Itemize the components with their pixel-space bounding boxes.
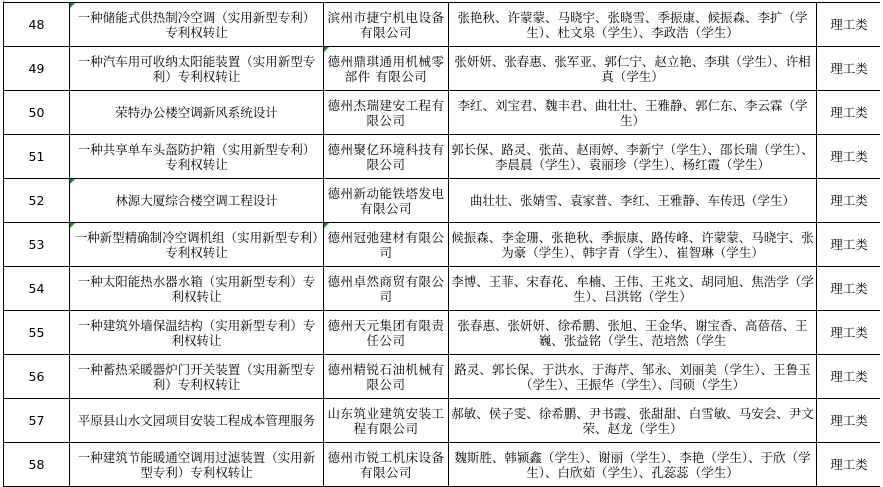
table-body: 48 一种储能式供热制冷空调（实用新型专利）专利权转让 滨州市捷宁机电设备有限公… [4,3,882,487]
table-row: 55 一种建筑外墙保温结构（实用新型专利）专利权转让 德州天元集团有限责任公司 … [4,311,882,355]
table-row: 52 林源大厦综合楼空调工程设计 德州新动能铁塔发电有限公司 曲壮壮、张婧雪、袁… [4,179,882,223]
cell-company[interactable]: 德州市锐工机床设备有限公司 [324,443,449,487]
cell-project-title[interactable]: 林源大厦综合楼空调工程设计 [70,179,324,223]
comment-indicator-icon[interactable] [324,47,329,52]
table-row: 58 一种建筑节能暖通空调用过滤装置（实用新型专利）专利权转让 德州市锐工机床设… [4,443,882,487]
cell-number[interactable]: 51 [4,135,70,179]
cell-category[interactable]: 理工类 [817,267,882,311]
cell-members[interactable]: 李博、王菲、宋春花、牟楠、王伟、王兆文、胡同旭、焦浩学（学生）、吕洪铭（学生） [449,267,817,311]
cell-number[interactable]: 49 [4,47,70,91]
cell-number[interactable]: 48 [4,3,70,47]
project-title-text: 一种新型精确制冷空调机组（实用新型专利）专利权转让 [75,230,319,260]
cell-category[interactable]: 理工类 [817,223,882,267]
comment-indicator-icon[interactable] [70,179,75,184]
cell-project-title[interactable]: 一种新型精确制冷空调机组（实用新型专利）专利权转让 [70,223,324,267]
table-row: 53 一种新型精确制冷空调机组（实用新型专利）专利权转让 德州冠弛建材有限公司 … [4,223,882,267]
cell-members[interactable]: 张妍妍、张春惠、张军亚、郭仁宁、赵立艳、李琪（学生）、许相真（学生） [449,47,817,91]
cell-project-title[interactable]: 一种汽车用可收纳太阳能装置（实用新型专利）专利权转让 [70,47,324,91]
spreadsheet-table: 48 一种储能式供热制冷空调（实用新型专利）专利权转让 滨州市捷宁机电设备有限公… [3,2,882,487]
cell-members[interactable]: 张艳秋、许蒙蒙、马晓宇、张晓雪、季振康、候振森、李扩（学生）、杜文泉（学生）、李… [449,3,817,47]
table-row: 56 一种蓄热采暖器炉门开关装置（实用新型专利）专利权转让 德州精锐石油机械有限… [4,355,882,399]
cell-category[interactable]: 理工类 [817,47,882,91]
project-title-text: 林源大厦综合楼空调工程设计 [115,193,278,208]
cell-project-title[interactable]: 荣特办公楼空调新风系统设计 [70,91,324,135]
cell-project-title[interactable]: 一种太阳能热水器水箱（实用新型专利）专利权转让 [70,267,324,311]
cell-company[interactable]: 德州新动能铁塔发电有限公司 [324,179,449,223]
cell-number[interactable]: 55 [4,311,70,355]
cell-category[interactable]: 理工类 [817,179,882,223]
cell-category[interactable]: 理工类 [817,355,882,399]
cell-project-title[interactable]: 一种建筑外墙保温结构（实用新型专利）专利权转让 [70,311,324,355]
cell-project-title[interactable]: 一种建筑节能暖通空调用过滤装置（实用新型专利）专利权转让 [70,443,324,487]
cell-company[interactable]: 德州杰瑞建安工程有限公司 [324,91,449,135]
cell-members[interactable]: 候振森、李金珊、张艳秋、季振康、路传峰、许蒙蒙、马晓宇、张为豪（学生）、韩宇青（… [449,223,817,267]
cell-members[interactable]: 李红、刘宝君、魏丰君、曲壮壮、王雅静、郭仁东、李云霖（学生） [449,91,817,135]
cell-company[interactable]: 德州聚亿环境科技有限公司 [324,135,449,179]
cell-category[interactable]: 理工类 [817,135,882,179]
cell-number[interactable]: 52 [4,179,70,223]
cell-project-title[interactable]: 平原县山水文园项目安装工程成本管理服务 [70,399,324,443]
company-text: 德州鼎琪通用机械零部件 有限公司 [327,54,444,84]
cell-project-title[interactable]: 一种蓄热采暖器炉门开关装置（实用新型专利）专利权转让 [70,355,324,399]
table-row: 57 平原县山水文园项目安装工程成本管理服务 山东筑业建筑安装工程有限公司 郝敏… [4,399,882,443]
project-title-text: 一种储能式供热制冷空调（实用新型专利）专利权转让 [78,10,316,40]
cell-company[interactable]: 滨州市捷宁机电设备有限公司 [324,3,449,47]
cell-category[interactable]: 理工类 [817,311,882,355]
cell-number[interactable]: 54 [4,267,70,311]
cell-project-title[interactable]: 一种共享单车头盔防护箱（实用新型专利）专利权转让 [70,135,324,179]
cell-number[interactable]: 58 [4,443,70,487]
table-row: 50 荣特办公楼空调新风系统设计 德州杰瑞建安工程有限公司 李红、刘宝君、魏丰君… [4,91,882,135]
comment-indicator-icon[interactable] [70,223,75,228]
table-row: 49 一种汽车用可收纳太阳能装置（实用新型专利）专利权转让 德州鼎琪通用机械零部… [4,47,882,91]
cell-company[interactable]: 山东筑业建筑安装工程有限公司 [324,399,449,443]
cell-members[interactable]: 郭长保、路灵、张苗、赵雨婷、李新宁（学生）、邵长瑞（学生）、李晨晨（学生）、袁丽… [449,135,817,179]
cell-members[interactable]: 郝敏、侯子雯、徐希鹏、尹书霞、张甜甜、白雪敏、马安会、尹文荣、赵龙（学生） [449,399,817,443]
cell-members[interactable]: 魏斯胜、韩颍鑫（学生）、谢丽（学生）、李艳（学生）、于欣（学生）、白欣茹（学生）… [449,443,817,487]
cell-number[interactable]: 50 [4,91,70,135]
cell-members[interactable]: 张春惠、张妍妍、徐希鹏、张旭、王金华、谢宝香、高蓓蓓、王巍、张益铭（学生、范培然… [449,311,817,355]
comment-indicator-icon[interactable] [324,223,329,228]
cell-members[interactable]: 路灵、郭长保、于洪水、于海芹、邹永、刘丽美（学生）、王鲁玉（学生）、王振华（学生… [449,355,817,399]
cell-category[interactable]: 理工类 [817,443,882,487]
table-row: 51 一种共享单车头盔防护箱（实用新型专利）专利权转让 德州聚亿环境科技有限公司… [4,135,882,179]
company-text: 德州冠弛建材有限公司 [327,230,444,260]
cell-company[interactable]: 德州天元集团有限责任公司 [324,311,449,355]
cell-project-title[interactable]: 一种储能式供热制冷空调（实用新型专利）专利权转让 [70,3,324,47]
cell-company[interactable]: 德州鼎琪通用机械零部件 有限公司 [324,47,449,91]
table-row: 48 一种储能式供热制冷空调（实用新型专利）专利权转让 滨州市捷宁机电设备有限公… [4,3,882,47]
cell-company[interactable]: 德州卓然商贸有限公司 [324,267,449,311]
cell-number[interactable]: 57 [4,399,70,443]
cell-category[interactable]: 理工类 [817,3,882,47]
cell-category[interactable]: 理工类 [817,91,882,135]
cell-category[interactable]: 理工类 [817,399,882,443]
comment-indicator-icon[interactable] [70,3,75,8]
cell-number[interactable]: 53 [4,223,70,267]
cell-members[interactable]: 曲壮壮、张婧雪、袁家普、李红、王雅静、车传迅（学生） [449,179,817,223]
table-row: 54 一种太阳能热水器水箱（实用新型专利）专利权转让 德州卓然商贸有限公司 李博… [4,267,882,311]
cell-company[interactable]: 德州精锐石油机械有限公司 [324,355,449,399]
cell-number[interactable]: 56 [4,355,70,399]
cell-company[interactable]: 德州冠弛建材有限公司 [324,223,449,267]
